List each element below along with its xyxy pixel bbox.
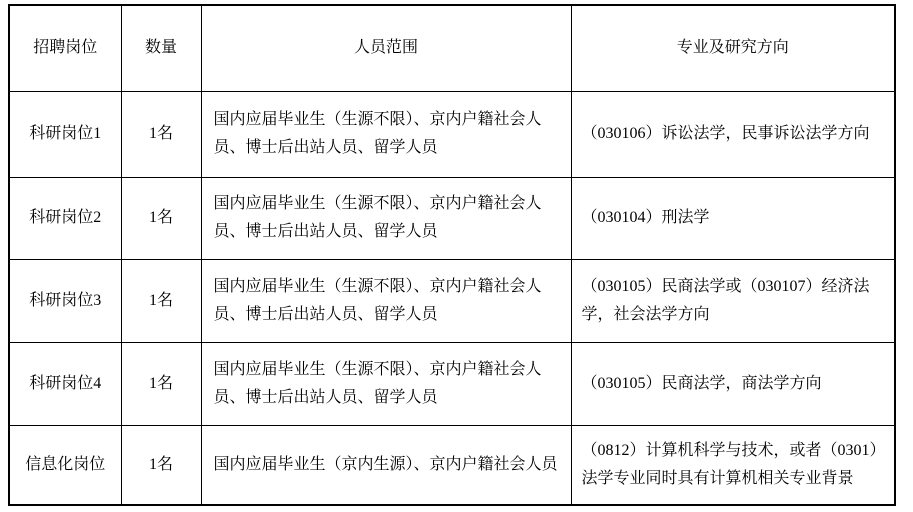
cell-scope: 国内应届毕业生（生源不限）、京内户籍社会人员、博士后出站人员、留学人员 <box>201 342 571 425</box>
cell-major: （030106）诉讼法学，民事诉讼法学方向 <box>571 91 895 177</box>
header-cell-major: 专业及研究方向 <box>571 5 895 91</box>
cell-count: 1名 <box>121 259 201 342</box>
cell-count: 1名 <box>121 91 201 177</box>
table-row: 科研岗位3 1名 国内应届毕业生（生源不限）、京内户籍社会人员、博士后出站人员、… <box>9 259 895 342</box>
document-page: 招聘岗位 数量 人员范围 专业及研究方向 科研岗位1 1名 国内应届毕业生（生源… <box>0 0 913 512</box>
header-cell-scope: 人员范围 <box>201 5 571 91</box>
cell-scope: 国内应届毕业生（生源不限）、京内户籍社会人员、博士后出站人员、留学人员 <box>201 91 571 177</box>
cell-position: 科研岗位2 <box>9 177 121 259</box>
table-row: 科研岗位1 1名 国内应届毕业生（生源不限）、京内户籍社会人员、博士后出站人员、… <box>9 91 895 177</box>
header-cell-position: 招聘岗位 <box>9 5 121 91</box>
cell-position: 信息化岗位 <box>9 425 121 505</box>
header-cell-count: 数量 <box>121 5 201 91</box>
recruitment-positions-table: 招聘岗位 数量 人员范围 专业及研究方向 科研岗位1 1名 国内应届毕业生（生源… <box>8 4 896 506</box>
table-header-row: 招聘岗位 数量 人员范围 专业及研究方向 <box>9 5 895 91</box>
table-row: 科研岗位4 1名 国内应届毕业生（生源不限）、京内户籍社会人员、博士后出站人员、… <box>9 342 895 425</box>
cell-major: （030105）民商法学或（030107）经济法学，社会法学方向 <box>571 259 895 342</box>
cell-count: 1名 <box>121 342 201 425</box>
cell-count: 1名 <box>121 177 201 259</box>
table-row: 信息化岗位 1名 国内应届毕业生（京内生源）、京内户籍社会人员 （0812）计算… <box>9 425 895 505</box>
cell-major: （0812）计算机科学与技术，或者（0301）法学专业同时具有计算机相关专业背景 <box>571 425 895 505</box>
cell-count: 1名 <box>121 425 201 505</box>
cell-position: 科研岗位4 <box>9 342 121 425</box>
cell-major: （030104）刑法学 <box>571 177 895 259</box>
cell-major: （030105）民商法学，商法学方向 <box>571 342 895 425</box>
table-row: 科研岗位2 1名 国内应届毕业生（生源不限）、京内户籍社会人员、博士后出站人员、… <box>9 177 895 259</box>
cell-scope: 国内应届毕业生（京内生源）、京内户籍社会人员 <box>201 425 571 505</box>
cell-scope: 国内应届毕业生（生源不限）、京内户籍社会人员、博士后出站人员、留学人员 <box>201 259 571 342</box>
cell-position: 科研岗位1 <box>9 91 121 177</box>
cell-scope: 国内应届毕业生（生源不限）、京内户籍社会人员、博士后出站人员、留学人员 <box>201 177 571 259</box>
cell-position: 科研岗位3 <box>9 259 121 342</box>
